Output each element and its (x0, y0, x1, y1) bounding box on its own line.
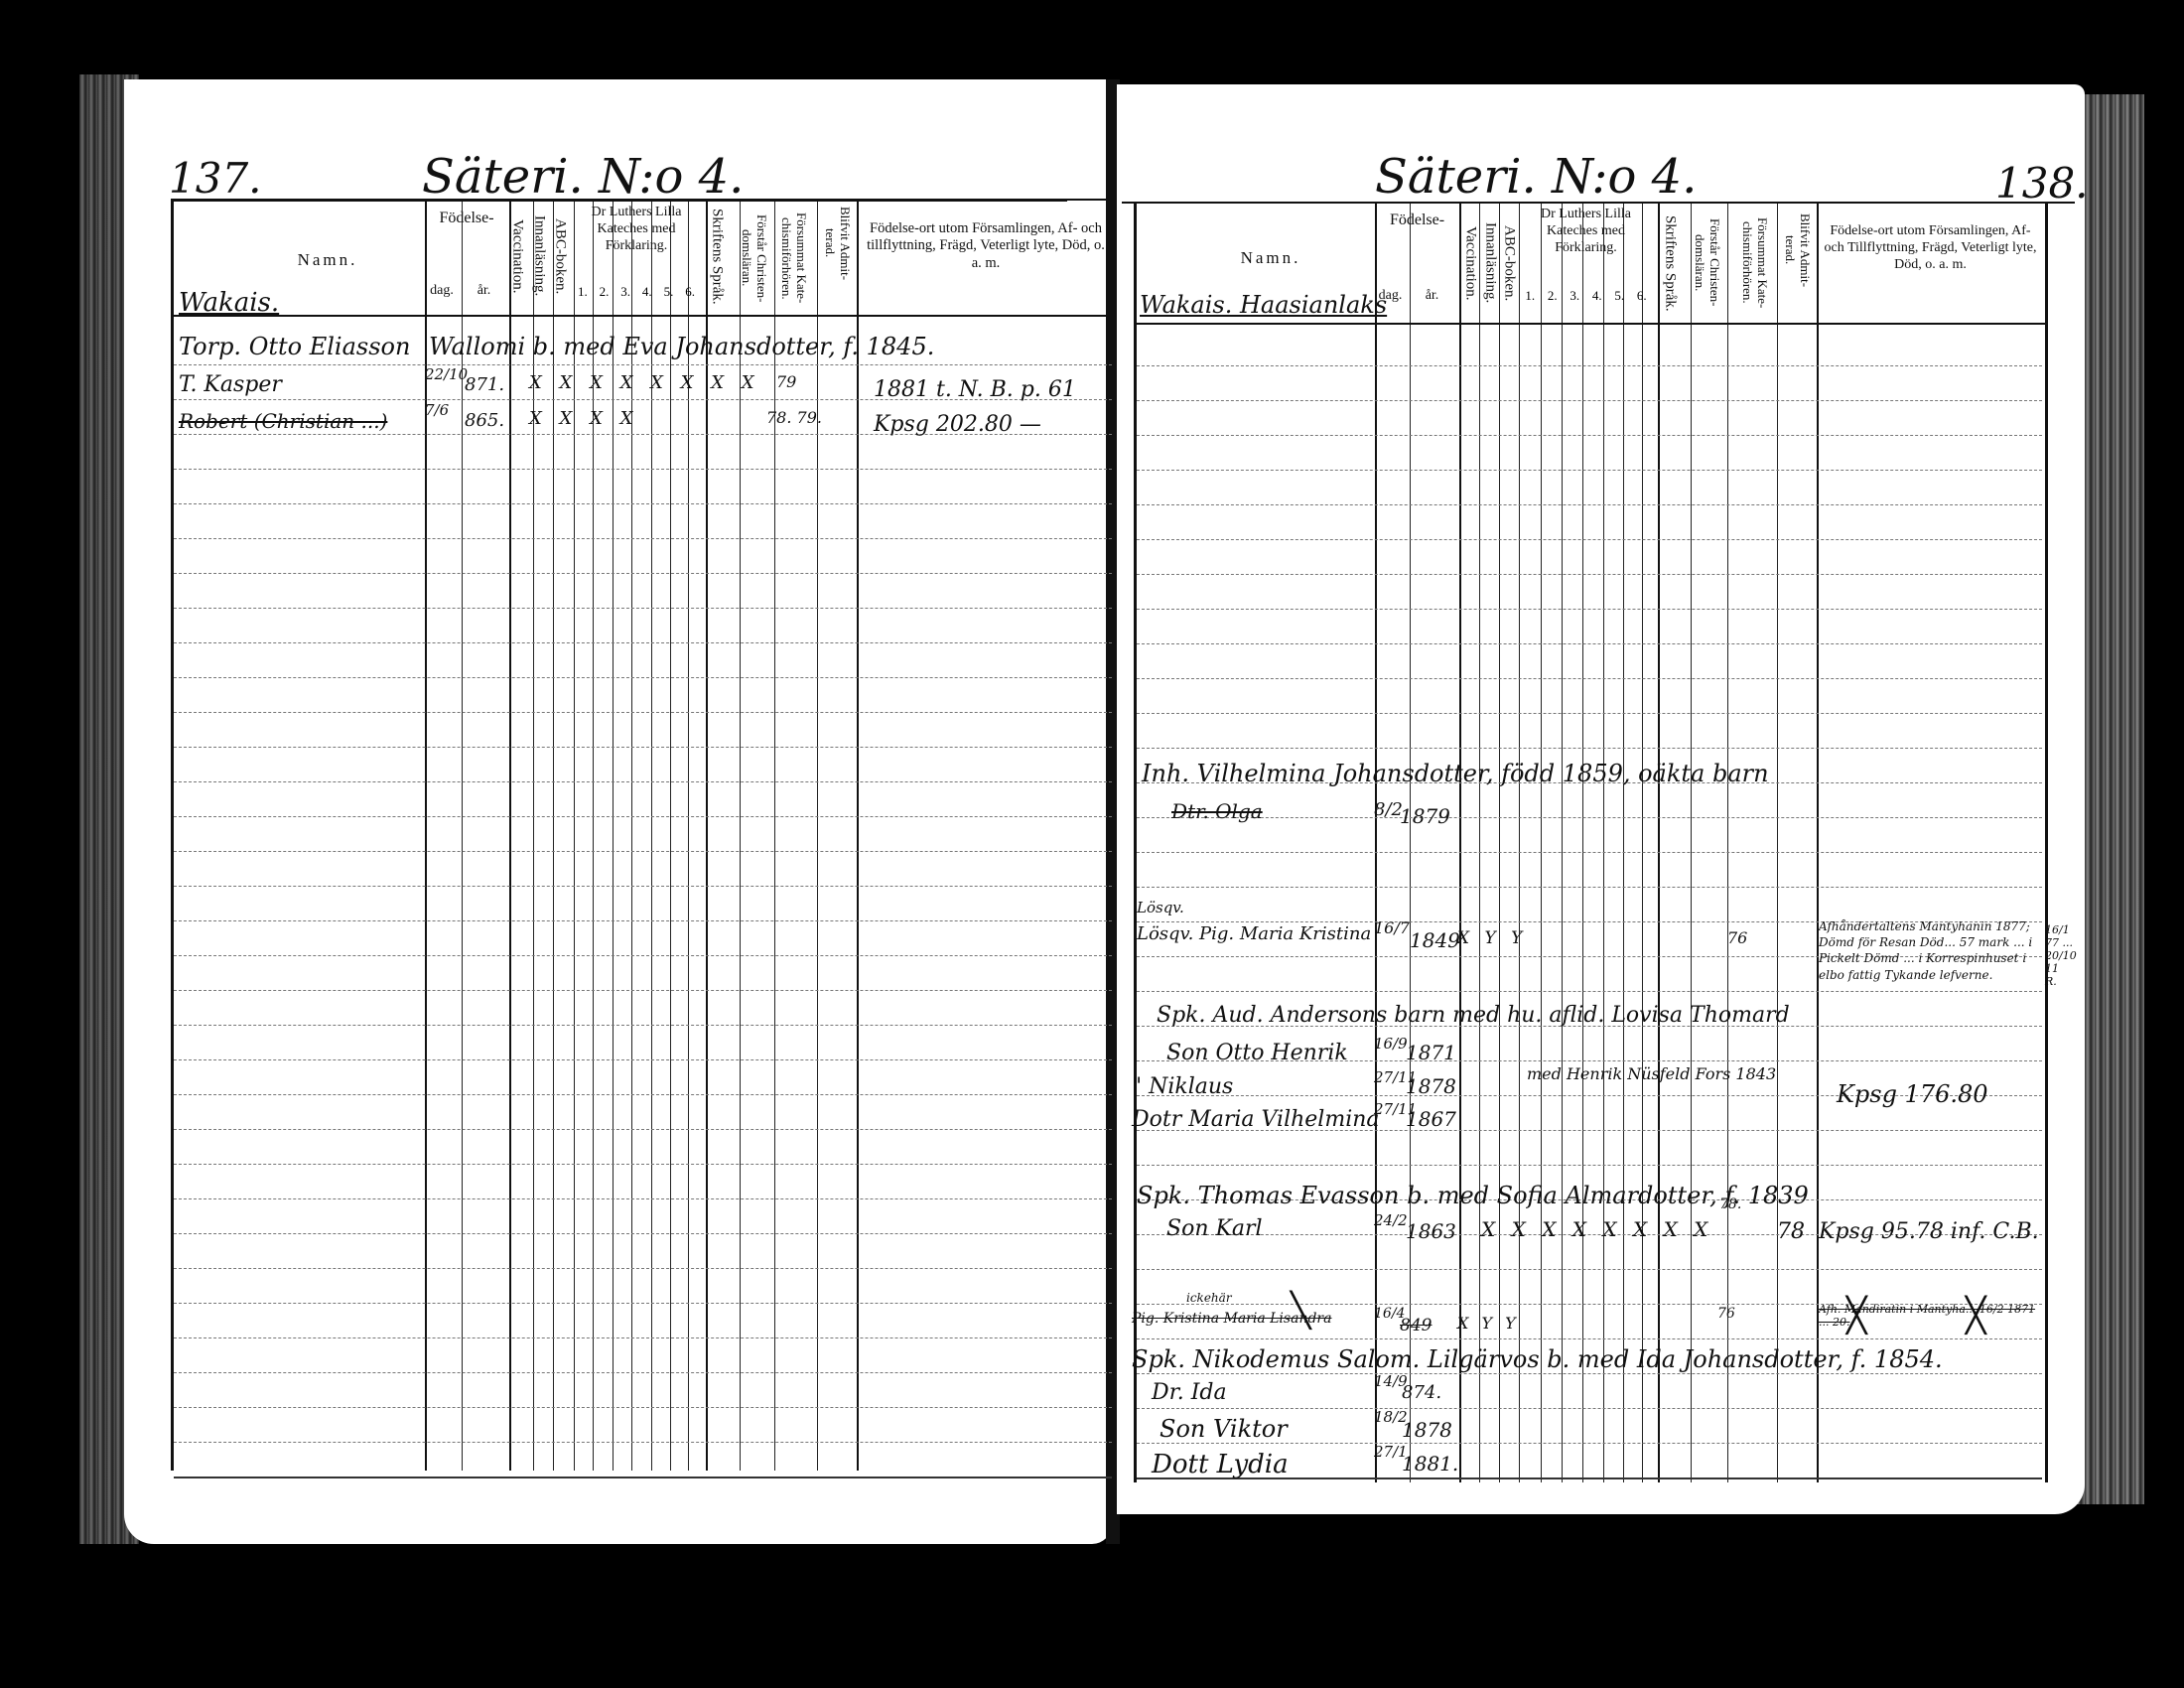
right-entry-name: Dott Lydia (1152, 1450, 1289, 1479)
row-rule (1137, 748, 2042, 749)
strike-cross-mark: ╳ (1966, 1296, 1985, 1336)
header-forsummat: Försummat Kate-chismiförhören. (1729, 206, 1769, 320)
header-ar: år. (1410, 288, 1454, 305)
row-rule (174, 538, 1112, 539)
left-entry-notes: 1881 t. N. B. p. 61 (874, 377, 1076, 402)
left-entry-ar: 865. (465, 410, 504, 431)
row-rule (174, 781, 1112, 782)
row-rule (1137, 817, 2042, 818)
row-rule (1137, 365, 2042, 366)
col-divider (1375, 202, 1377, 1482)
right-entry-ar: 1863 (1406, 1219, 1456, 1243)
right-entry-notes: Kpsg 95.78 inf. C.B. (1819, 1219, 2039, 1244)
header-forsummat: Försummat Kate-chismiförhören. (774, 204, 808, 313)
row-rule (174, 1129, 1112, 1130)
col-divider (1777, 202, 1778, 1482)
col-divider (1410, 202, 1411, 1482)
row-rule (174, 1442, 1112, 1443)
row-rule (174, 1477, 1112, 1478)
row-rule (174, 642, 1112, 643)
right-entry-name: Inh. Vilhelmina Johansdotter, född 1859,… (1142, 760, 1769, 787)
left-entry-forsummat: 79 (776, 372, 796, 391)
header-forstar: Förstår Christen-domsläran. (739, 204, 768, 313)
row-rule (174, 1407, 1112, 1408)
right-entry-marks: X X X X X X X X (1481, 1217, 1712, 1241)
right-entry-dag: 16/9 (1374, 1035, 1408, 1053)
right-entry-ar: 1849 (1410, 928, 1460, 952)
row-rule (174, 1372, 1112, 1373)
header-fodelse: Födelse- (422, 209, 511, 227)
left-section-label: Wakais. (179, 288, 279, 318)
luther-col-5: 5. (1614, 288, 1624, 304)
row-rule (174, 886, 1112, 887)
right-entry-ar: 1878 (1402, 1418, 1452, 1442)
right-entry-name: Dr. Ida (1152, 1380, 1227, 1405)
right-entry-name: Spk. Aud. Andersons barn med hu. aflid. … (1157, 1003, 1790, 1028)
col-divider (1519, 202, 1520, 1482)
left-entry-dag: 22/10 (425, 365, 468, 383)
col-divider (817, 202, 818, 1471)
col-divider (1642, 202, 1643, 1482)
right-entry-side-note: 16/1 77 ... 20/10 11 R. (2045, 923, 2073, 988)
row-rule (1137, 991, 2042, 992)
luther-col-6: 6. (685, 284, 695, 300)
right-entry-notes: Afhåndertaltens Mantyhanin 1877; Dömd fö… (1819, 918, 2042, 983)
left-entry-notes: Kpsg 202.80 — (874, 412, 1041, 437)
row-rule (1137, 1269, 2042, 1270)
header-luther-cols: 1. 2. 3. 4. 5. 6. (1519, 288, 1653, 304)
col-divider (1541, 202, 1542, 1482)
right-entry-marks: X Y Y (1457, 928, 1527, 948)
right-entry-blifvit: 78 (1777, 1219, 1805, 1244)
row-rule (174, 364, 1112, 365)
left-entry-name-struck: Robert (Christian ...) (179, 409, 387, 433)
row-rule (174, 1164, 1112, 1165)
right-entry-ar: 1867 (1406, 1107, 1456, 1131)
right-entry-dag: 16/7 (1374, 918, 1410, 937)
right-entry-name: Spk. Thomas Evasson b. med Sofia Almardo… (1137, 1182, 1809, 1209)
row-rule (174, 469, 1112, 470)
header-luther-cols: 1. 2. 3. 4. 5. 6. (572, 284, 701, 300)
header-top-rule (1122, 202, 2075, 204)
left-entry-marks: X X X X X X X X (529, 372, 760, 393)
left-page-number: 137. (169, 154, 262, 203)
luther-col-5: 5. (664, 284, 674, 300)
row-rule (174, 955, 1112, 956)
right-entry-name: Son Otto Henrik (1166, 1041, 1348, 1065)
row-rule (174, 677, 1112, 678)
header-dag: dag. (422, 283, 462, 300)
row-rule (1137, 1443, 2042, 1444)
row-rule (1137, 887, 2042, 888)
col-divider (1658, 202, 1660, 1482)
header-notes: Födelse-ort utom Församlingen, Af- och t… (862, 220, 1110, 272)
row-rule (174, 816, 1112, 817)
row-rule (1137, 539, 2042, 540)
row-rule (174, 1303, 1112, 1304)
luther-col-6: 6. (1637, 288, 1647, 304)
header-skriftens-sprak: Skriftens Språk. (708, 207, 725, 306)
row-rule (1137, 435, 2042, 436)
right-farm-title: Säteri. N:o 4. (1375, 149, 1697, 205)
header-vaccination: Vaccination. (1461, 209, 1478, 318)
row-rule (1137, 643, 2042, 644)
row-rule (1137, 609, 2042, 610)
right-entry-above: ickehär (1186, 1291, 1232, 1305)
left-entry-dag: 7/6 (425, 401, 449, 419)
header-innanlasning: Innanläsning. (1481, 209, 1498, 318)
left-entry-continuation: Wallomi b. med Eva Johansdotter, f. 1845… (429, 333, 934, 360)
right-entry-ar: 849 (1400, 1316, 1432, 1336)
header-bottom-rule (1134, 323, 2045, 325)
header-innanlasning: Innanläsning. (530, 207, 547, 306)
col-divider (462, 202, 463, 1471)
luther-col-1: 1. (578, 284, 588, 300)
right-entry-marks: X Y Y (1457, 1314, 1520, 1333)
right-entry-name: Lösqv. Pig. Maria Kristina Lisandra (1137, 923, 1370, 944)
row-rule (174, 573, 1112, 574)
luther-col-2: 2. (1548, 288, 1558, 304)
header-ar: år. (462, 283, 506, 300)
left-entry-ar: 871. (465, 374, 504, 395)
header-vaccination: Vaccination. (508, 207, 525, 306)
left-entry-name: Torp. Otto Eliasson (179, 333, 410, 360)
row-rule (174, 712, 1112, 713)
right-entry-prefix: Lösqv. (1137, 899, 1184, 916)
right-entry-ar: 1878 (1406, 1074, 1456, 1098)
col-divider (1603, 202, 1604, 1482)
row-rule (1137, 504, 2042, 505)
right-page-number: 138. (1995, 159, 2089, 208)
right-entry-ar: 1881. (1402, 1452, 1458, 1476)
col-divider (425, 202, 427, 1471)
right-entry-notes: med Henrik Nüsfeld Fors 1843 (1527, 1064, 1776, 1083)
row-rule (174, 747, 1112, 748)
row-rule (174, 1233, 1112, 1234)
row-rule (174, 608, 1112, 609)
left-entry-marks: X X X X (529, 408, 638, 429)
col-divider (1691, 202, 1692, 1482)
header-luther: Dr Luthers Lilla Kateches med Förklaring… (572, 205, 701, 254)
right-entry-name: Son Karl (1166, 1216, 1263, 1241)
row-rule (1137, 1373, 2042, 1374)
col-divider (1562, 202, 1563, 1482)
row-rule (174, 1059, 1112, 1060)
header-abc-boken: ABC-boken. (1500, 209, 1517, 318)
right-entry-dag: 8/2 (1374, 799, 1403, 820)
header-notes: Födelse-ort utom Församlingen, Af- och T… (1819, 223, 2042, 273)
row-rule (174, 920, 1112, 921)
col-divider (1459, 202, 1461, 1482)
header-namn: Namn. (248, 250, 407, 270)
header-namn: Namn. (1191, 248, 1350, 268)
luther-col-3: 3. (1570, 288, 1579, 304)
header-blifvit: Blifvit Admit-terad. (1777, 206, 1812, 295)
row-rule (1137, 852, 2042, 853)
row-rule (174, 1198, 1112, 1199)
luther-col-2: 2. (600, 284, 610, 300)
row-rule (174, 851, 1112, 852)
right-entry-forsummat: 78. (1719, 1196, 1741, 1212)
luther-col-4: 4. (1592, 288, 1602, 304)
left-entry-name: T. Kasper (179, 372, 282, 397)
right-entry-forsummat: 76 (1727, 928, 1747, 947)
strike-cross-mark: ╲ (1291, 1291, 1310, 1331)
row-rule (1137, 1338, 2042, 1339)
right-entry-ar: 1879 (1400, 804, 1450, 828)
row-rule (1137, 1408, 2042, 1409)
header-forstar: Förstår Christen-domsläran. (1690, 206, 1721, 320)
row-rule (1137, 678, 2042, 679)
row-rule (1137, 470, 2042, 471)
right-entry-ar: 874. (1402, 1382, 1441, 1403)
row-rule (1137, 400, 2042, 401)
right-entry-name: Spk. Nikodemus Salom. Lilgärvos b. med I… (1132, 1345, 1943, 1373)
right-ledger-table (1134, 202, 2048, 1482)
strike-cross-mark: ╳ (1846, 1296, 1866, 1336)
col-divider (1623, 202, 1624, 1482)
col-divider (774, 202, 775, 1471)
header-blifvit: Blifvit Admit-terad. (818, 204, 852, 283)
col-divider (1479, 202, 1480, 1482)
row-rule (1137, 713, 2042, 714)
header-luther: Dr Luthers Lilla Kateches med Förklaring… (1519, 207, 1653, 256)
row-rule (174, 990, 1112, 991)
right-entry-notes2: Kpsg 176.80 (1837, 1080, 1988, 1108)
luther-col-1: 1. (1525, 288, 1535, 304)
col-divider (1727, 202, 1728, 1482)
row-rule (1137, 574, 2042, 575)
right-entry-dag: 24/2 (1374, 1211, 1408, 1229)
right-entry-sub: Dtr. Olga (1171, 799, 1263, 823)
left-farm-title: Säteri. N:o 4. (422, 149, 744, 205)
row-rule (174, 1025, 1112, 1026)
right-entry-name: Dotr Maria Vilhelmina (1132, 1107, 1380, 1132)
header-abc-boken: ABC-boken. (551, 207, 568, 306)
col-divider (1817, 202, 1819, 1482)
header-bottom-rule (171, 315, 1114, 317)
luther-col-3: 3. (620, 284, 630, 300)
right-entry-forsummat: 76 (1717, 1306, 1735, 1322)
book-edge-right (2075, 94, 2144, 1504)
luther-col-4: 4. (642, 284, 652, 300)
row-rule (174, 1268, 1112, 1269)
col-divider (1499, 202, 1500, 1482)
header-top-rule (171, 199, 1114, 201)
row-rule (1137, 1165, 2042, 1166)
col-divider (1582, 202, 1583, 1482)
right-entry-name: " Niklaus (1132, 1074, 1233, 1099)
right-section-label: Wakais. Haasianlaks (1140, 291, 1387, 319)
right-entry-ar: 1871 (1406, 1041, 1456, 1064)
col-divider (857, 202, 859, 1471)
row-rule (174, 1337, 1112, 1338)
header-fodelse: Födelse- (1375, 211, 1459, 229)
row-rule (174, 503, 1112, 504)
header-skriftens-sprak: Skriftens Språk. (1661, 209, 1678, 318)
left-entry-forsummat: 78. 79. (766, 408, 822, 427)
row-rule (174, 1094, 1112, 1095)
col-divider (509, 202, 511, 1471)
right-entry-name: Son Viktor (1160, 1415, 1288, 1443)
